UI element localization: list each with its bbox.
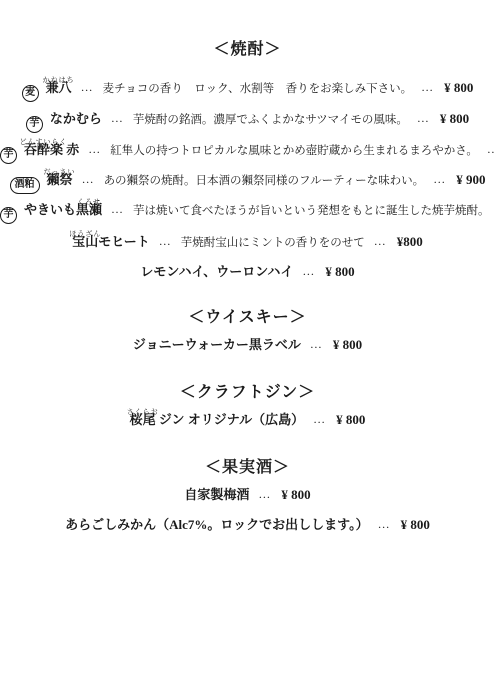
- item-description: 芋焼酎の銘酒。濃厚でふくよかなサツマイモの風味。: [133, 114, 408, 126]
- item-name: なかむら: [50, 111, 102, 126]
- section-title-craft-gin: ＜クラフトジン＞: [0, 379, 495, 402]
- menu-item-yakiimo-kurose: 芋やきいもくろせ黒瀬…芋は焼いて食べたほうが旨いという発想をもとに誕生した焼芋焼…: [0, 200, 495, 224]
- separator-dots: …: [378, 517, 391, 531]
- item-description: 芋焼酎宝山にミントの香りをのせて: [181, 237, 365, 249]
- menu-item-dassai: 酒粕だっさい獺祭…あの獺祭の焼酎。日本酒の獺祭同様のフルーティーな味わい。…¥ …: [0, 170, 495, 194]
- separator-dots: …: [421, 80, 434, 94]
- furigana: だっさい: [44, 163, 76, 181]
- separator-dots: …: [302, 264, 315, 278]
- item-name: ジョニーウォーカー黒ラベル: [133, 337, 301, 352]
- separator-dots: …: [81, 80, 94, 94]
- furigana: かねはち: [43, 71, 75, 89]
- ingredient-badge-imo: 芋: [0, 207, 17, 224]
- item-price: ¥ 900: [456, 172, 485, 187]
- item-price: ¥ 800: [440, 111, 469, 126]
- ingredient-badge-imo: 芋: [0, 147, 17, 164]
- item-name-prefix: やきいも: [24, 202, 76, 217]
- section-title-whisky: ＜ウイスキー＞: [0, 304, 495, 327]
- section-title-shochu: ＜焼酎＞: [0, 36, 495, 59]
- item-name: レモンハイ、ウーロンハイ: [140, 264, 293, 279]
- item-name: あらごしみかん（Alc7%。ロックでお出しします。）: [65, 517, 368, 532]
- furigana: どんすいらく: [20, 133, 68, 151]
- separator-dots: …: [433, 172, 446, 186]
- separator-dots: …: [88, 142, 101, 156]
- separator-dots: …: [111, 111, 124, 125]
- separator-dots: …: [111, 202, 124, 216]
- item-name: 自家製梅酒: [184, 487, 249, 502]
- ingredient-badge-sakekasu: 酒粕: [10, 177, 40, 194]
- item-price: ¥ 800: [281, 487, 310, 502]
- menu-item-aragoshi-mikan: あらごしみかん（Alc7%。ロックでお出しします。）…¥ 800: [0, 515, 495, 534]
- separator-dots: …: [487, 142, 495, 156]
- menu-item-lemon-oolong-hai: レモンハイ、ウーロンハイ…¥ 800: [0, 262, 495, 281]
- item-description: 紅隼人の持つトロピカルな風味とかめ壺貯蔵から生まれるまろやかさ。: [110, 145, 478, 157]
- item-price: ¥ 800: [333, 337, 362, 352]
- separator-dots: …: [313, 412, 326, 426]
- separator-dots: …: [374, 234, 387, 248]
- separator-dots: …: [82, 172, 95, 186]
- ingredient-badge-imo: 芋: [26, 116, 43, 133]
- menu-item-houzan-mojito: ほうざん宝山モヒート…芋焼酎宝山にミントの香りをのせて…¥800: [0, 232, 495, 252]
- item-name-suffix: モヒート: [98, 234, 149, 249]
- menu-item-kanehachi: 麦かねはち兼八…麦チョコの香り ロック、水割等 香りをお楽しみ下さい。…¥ 80…: [0, 78, 495, 102]
- item-description: 芋は焼いて食べたほうが旨いという発想をもとに誕生した焼芋焼酎。: [133, 205, 490, 217]
- item-price: ¥ 800: [401, 517, 430, 532]
- item-name-suffix: ジン オリジナル（広島）: [156, 412, 305, 427]
- item-description: 麦チョコの香り ロック、水割等 香りをお楽しみ下さい。: [103, 83, 412, 95]
- furigana: さくらお: [127, 403, 159, 421]
- menu-item-nakamura: 芋なかむら…芋焼酎の銘酒。濃厚でふくよかなサツマイモの風味。…¥ 800: [0, 109, 495, 133]
- separator-dots: …: [417, 111, 430, 125]
- section-title-fruit-liqueur: ＜果実酒＞: [0, 454, 495, 477]
- item-price: ¥800: [397, 234, 423, 249]
- item-price: ¥ 800: [444, 80, 473, 95]
- separator-dots: …: [310, 337, 323, 351]
- separator-dots: …: [258, 487, 271, 501]
- item-price: ¥ 800: [325, 264, 354, 279]
- separator-dots: …: [159, 234, 172, 248]
- item-description: あの獺祭の焼酎。日本酒の獺祭同様のフルーティーな味わい。: [104, 175, 425, 187]
- ingredient-badge-mugi: 麦: [22, 85, 39, 102]
- drink-menu-page: ＜焼酎＞ 麦かねはち兼八…麦チョコの香り ロック、水割等 香りをお楽しみ下さい。…: [0, 0, 495, 700]
- furigana: くろせ: [77, 193, 101, 211]
- furigana: ほうざん: [69, 225, 101, 243]
- menu-item-donsuiraku: 芋どんすいらく吞酔楽 赤…紅隼人の持つトロピカルな風味とかめ壺貯蔵から生まれるま…: [0, 140, 495, 164]
- item-price: ¥ 800: [336, 412, 365, 427]
- menu-item-homemade-umeshu: 自家製梅酒…¥ 800: [0, 485, 495, 504]
- menu-item-sakurao-gin: さくらお桜尾 ジン オリジナル（広島）…¥ 800: [0, 410, 495, 429]
- menu-item-johnnie-walker-black: ジョニーウォーカー黒ラベル…¥ 800: [0, 335, 495, 354]
